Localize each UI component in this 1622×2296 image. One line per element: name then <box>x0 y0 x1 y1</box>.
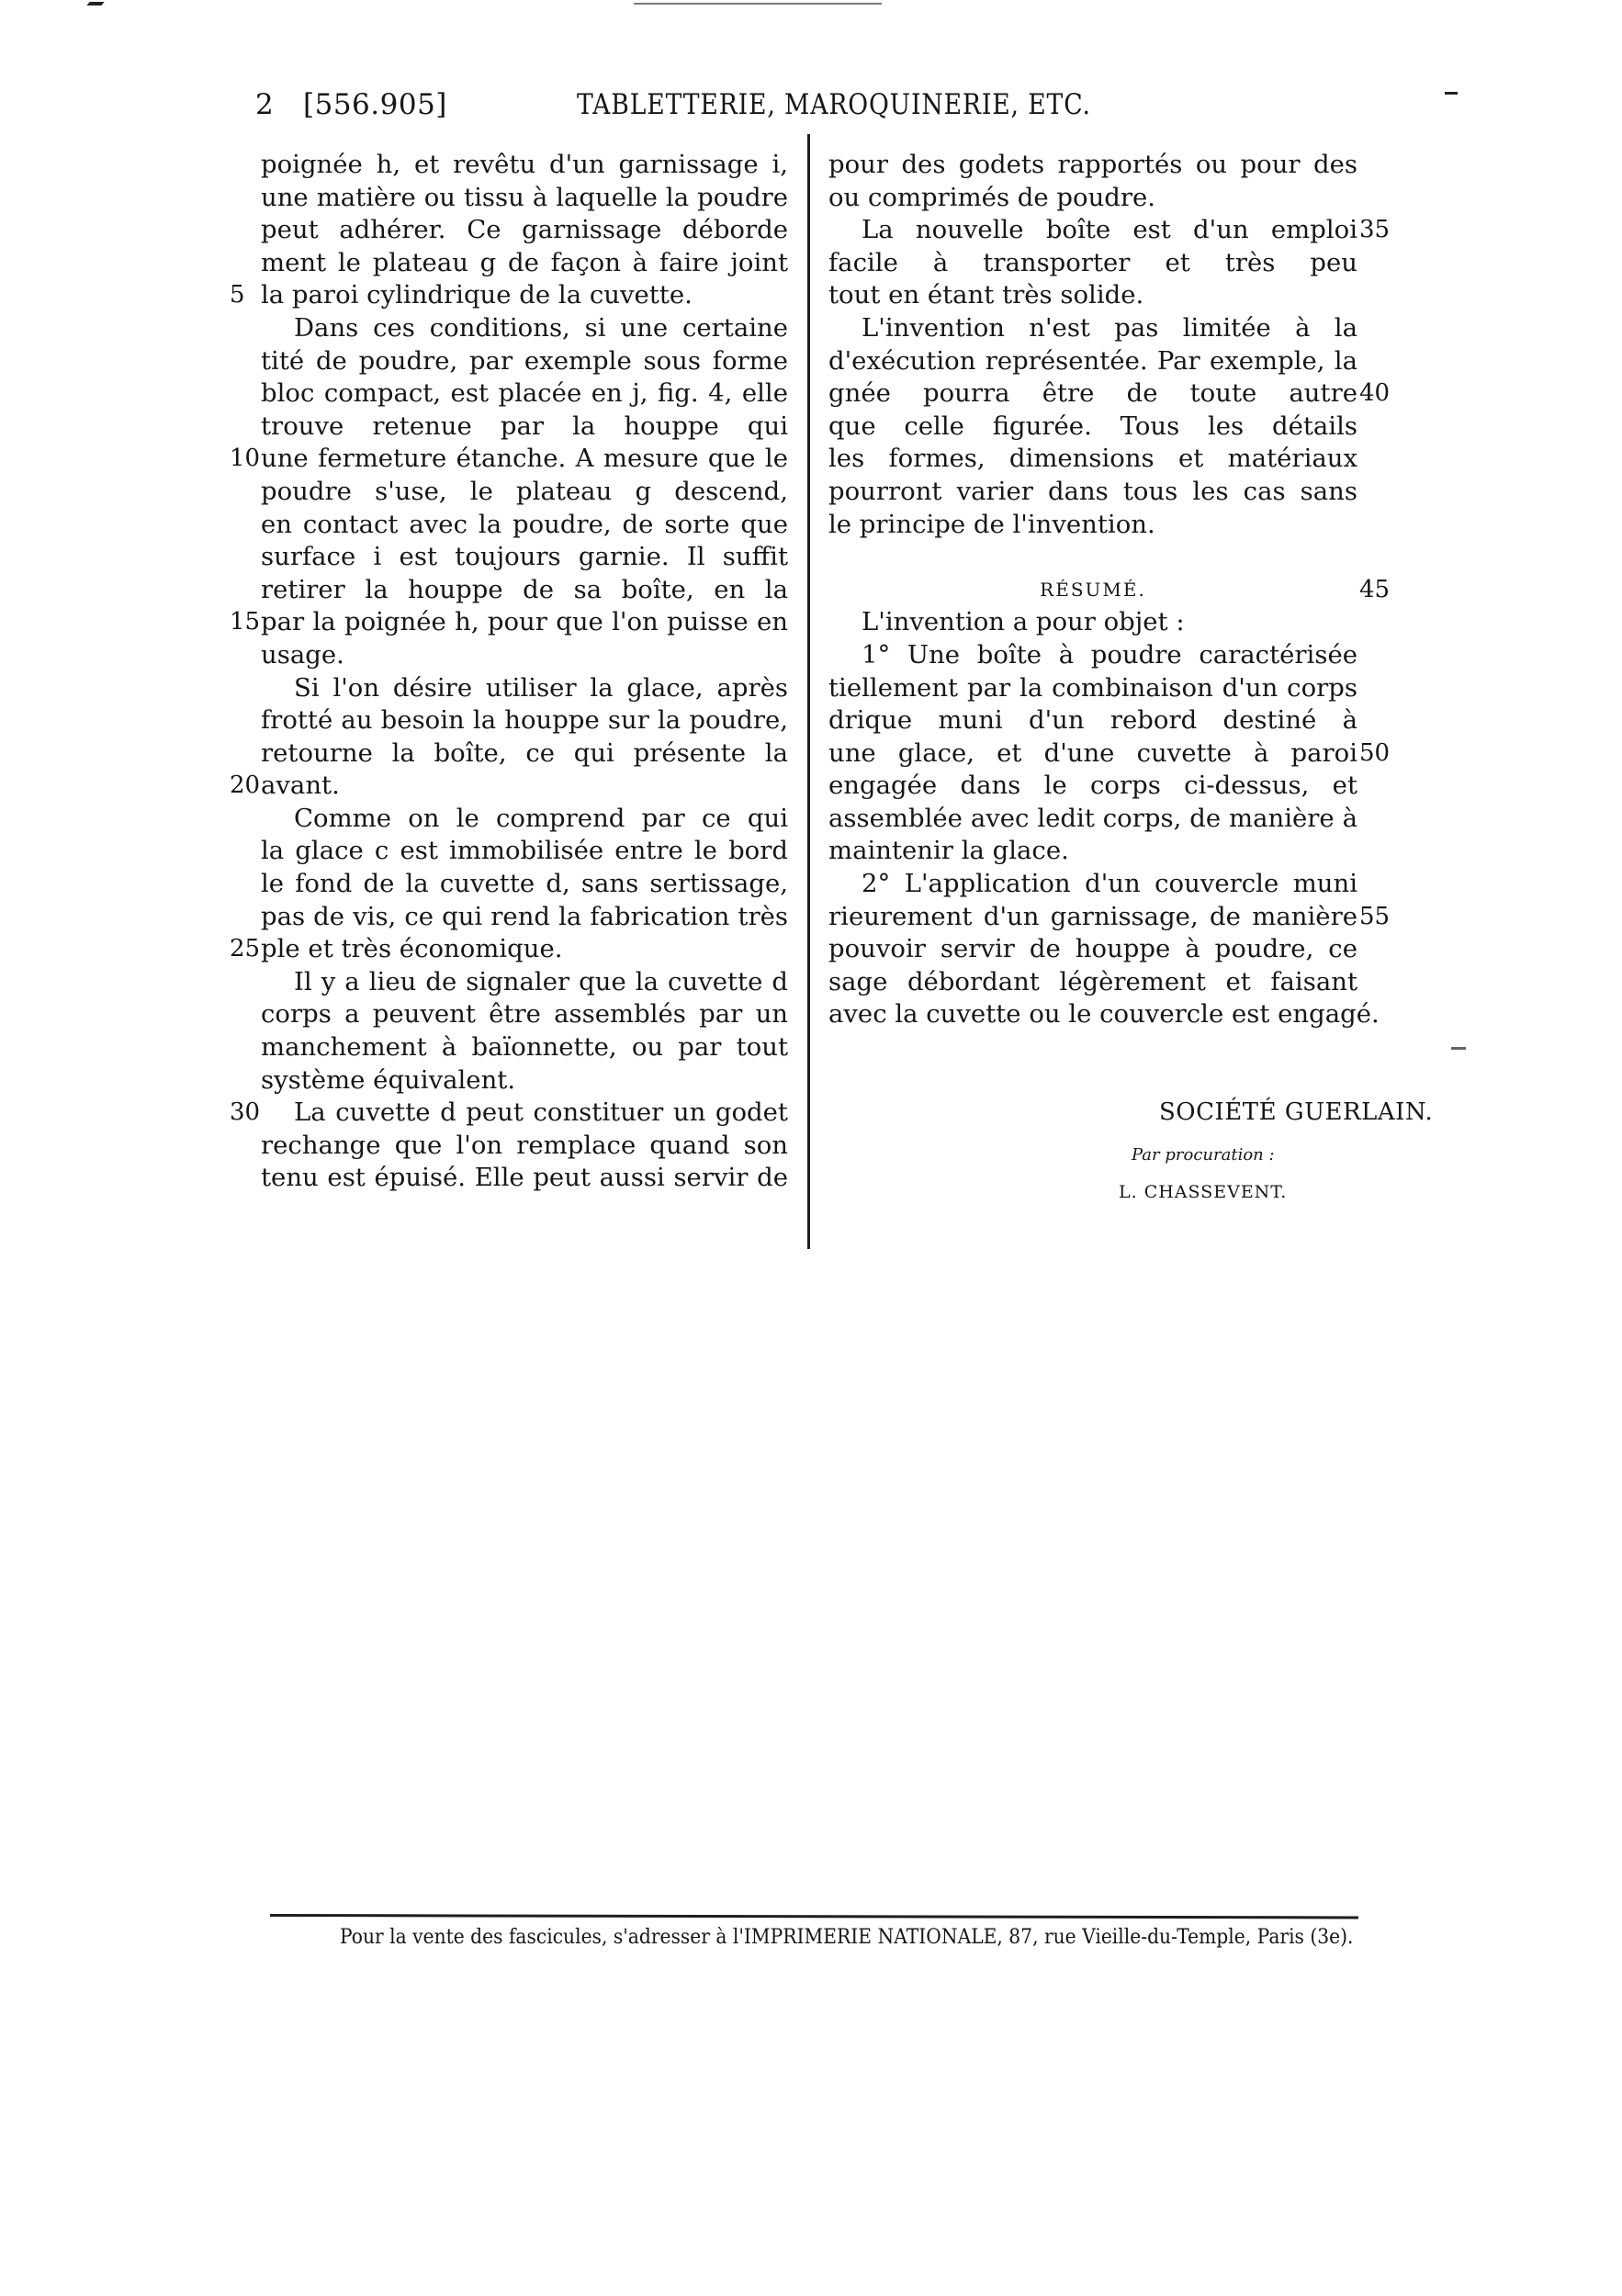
signature-by-proxy: Par procuration : <box>1132 1145 1275 1165</box>
patent-number: [556.905] <box>303 88 447 121</box>
text-line: une matière ou tissu à laquelle la poudr… <box>261 182 788 215</box>
text-line: facile à transporter et très peu encombr… <box>828 247 1357 280</box>
text-line: La nouvelle boîte est d'un emploi commod… <box>828 214 1357 247</box>
text-line: d'exécution représentée. Par exemple, la… <box>828 345 1357 378</box>
text-line: gnée pourra être de toute autre disposit… <box>828 377 1357 411</box>
line-number: 50 <box>1359 739 1390 767</box>
text-line: tiellement par la combinaison d'un corps… <box>828 672 1357 705</box>
scan-artifact-top-left <box>86 2 104 6</box>
text-line: surface i est toujours garnie. Il suffit… <box>261 541 788 574</box>
text-line: une fermeture étanche. A mesure que le b… <box>261 443 788 476</box>
text-line: système équivalent. <box>261 1064 788 1097</box>
text-line: tout en étant très solide. <box>828 279 1357 312</box>
text-line: pas de vis, ce qui rend la fabrication t… <box>261 901 788 934</box>
text-line: manchement à baïonnette, ou par tout aut… <box>261 1031 788 1064</box>
text-line: frotté au besoin la houppe sur la poudre… <box>261 704 788 737</box>
text-line: ment le plateau g de façon à faire joint… <box>261 247 788 280</box>
text-line: ple et très économique. <box>261 933 788 966</box>
text-line: Il y a lieu de signaler que la cuvette d… <box>261 966 788 999</box>
line-number: 45 <box>1359 576 1390 603</box>
line-number: 35 <box>1359 216 1390 243</box>
text-line: rechange que l'on remplace quand son con… <box>261 1130 788 1163</box>
page-number: 2 <box>255 88 274 121</box>
footer-rule <box>270 1914 1358 1919</box>
footer-imprint: Pour la vente des fascicules, s'adresser… <box>340 1925 1353 1949</box>
text-line: rieurement d'un garnissage, de manière à <box>828 901 1357 934</box>
text-line: corps a peuvent être assemblés par un em… <box>261 998 788 1031</box>
text-line: poignée h, et revêtu d'un garnissage i, … <box>261 149 788 182</box>
text-line: engagée dans le corps ci-dessus, et coll… <box>828 770 1357 803</box>
text-line: trouve retenue par la houppe qui constit… <box>261 411 788 444</box>
text-line: que celle figurée. Tous les détails d'ex… <box>828 411 1357 444</box>
text-line: pourront varier dans tous les cas sans c… <box>828 476 1357 509</box>
text-line: tité de poudre, par exemple sous forme d… <box>261 345 788 378</box>
page-title: TABLETTERIE, MAROQUINERIE, ETC. <box>577 88 1091 121</box>
patent-page: 2 [556.905] TABLETTERIE, MAROQUINERIE, E… <box>0 0 1622 2296</box>
text-line: par la poignée h, pour que l'on puisse e… <box>261 606 788 639</box>
text-line: la glace c est immobilisée entre le bord… <box>261 835 788 868</box>
scan-artifact-top-right <box>1445 92 1458 95</box>
signature-agent: L. CHASSEVENT. <box>1119 1182 1287 1202</box>
text-line: L'invention n'est pas limitée à la forme <box>828 312 1357 345</box>
text-line: usage. <box>261 639 788 672</box>
line-number: 40 <box>1359 379 1390 407</box>
text-line: 2° L'application d'un couvercle muni int… <box>828 868 1357 901</box>
right-column: pour des godets rapportés ou pour des bl… <box>828 149 1357 1031</box>
line-number: 55 <box>1359 903 1390 930</box>
scan-artifact-top-strip <box>634 3 882 5</box>
section-heading-resume: RÉSUMÉ. <box>828 574 1357 607</box>
text-line: avant. <box>261 770 788 803</box>
column-divider <box>807 134 810 1249</box>
text-line: La cuvette d peut constituer un godet de <box>261 1097 788 1130</box>
text-line: pouvoir servir de houppe à poudre, ce ga… <box>828 933 1357 966</box>
text-line: retirer la houppe de sa boîte, en la sai… <box>261 574 788 607</box>
text-line: Dans ces conditions, si une certaine qua… <box>261 312 788 345</box>
line-number: 10 <box>230 445 260 472</box>
text-line: avec la cuvette ou le couvercle est enga… <box>828 998 1357 1031</box>
text-line: peut adhérer. Ce garnissage déborde légè… <box>261 214 788 247</box>
text-line: en contact avec la poudre, de sorte que … <box>261 509 788 542</box>
scan-artifact-right-edge <box>1451 1047 1466 1050</box>
text-line: les formes, dimensions et matériaux empl… <box>828 443 1357 476</box>
text-line: pour des godets rapportés ou pour des bl… <box>828 149 1357 182</box>
line-number: 30 <box>230 1098 260 1126</box>
left-column: poignée h, et revêtu d'un garnissage i, … <box>261 149 788 1195</box>
text-line: le principe de l'invention. <box>828 509 1357 542</box>
text-line <box>828 541 1357 574</box>
line-number: 20 <box>230 771 260 799</box>
text-line: tenu est épuisé. Elle peut aussi servir … <box>261 1162 788 1195</box>
text-line: drique muni d'un rebord destiné à souten… <box>828 704 1357 737</box>
line-number: 5 <box>230 281 245 309</box>
text-line: Comme on le comprend par ce qui précède, <box>261 803 788 836</box>
text-line: Si l'on désire utiliser la glace, après … <box>261 672 788 705</box>
text-line: retourne la boîte, ce qui présente la gl… <box>261 737 788 771</box>
text-line: assemblée avec ledit corps, de manière à <box>828 803 1357 836</box>
line-number: 25 <box>230 935 260 962</box>
page-header: 2 [556.905] TABLETTERIE, MAROQUINERIE, E… <box>255 88 1357 129</box>
text-line: L'invention a pour objet : <box>828 606 1357 639</box>
text-line: le fond de la cuvette d, sans sertissage… <box>261 868 788 901</box>
signature-company: SOCIÉTÉ GUERLAIN. <box>1159 1098 1433 1126</box>
text-line: la paroi cylindrique de la cuvette. <box>261 279 788 312</box>
text-line: ou comprimés de poudre. <box>828 182 1357 215</box>
text-line: poudre s'use, le plateau g descend, rest… <box>261 476 788 509</box>
text-line: une glace, et d'une cuvette à paroi cyli… <box>828 737 1357 771</box>
line-number: 15 <box>230 608 260 636</box>
text-line: 1° Une boîte à poudre caractérisée essen… <box>828 639 1357 672</box>
text-line: maintenir la glace. <box>828 835 1357 868</box>
text-line: sage débordant légèrement et faisant joi… <box>828 966 1357 999</box>
text-line: bloc compact, est placée en j, fig. 4, e… <box>261 377 788 411</box>
